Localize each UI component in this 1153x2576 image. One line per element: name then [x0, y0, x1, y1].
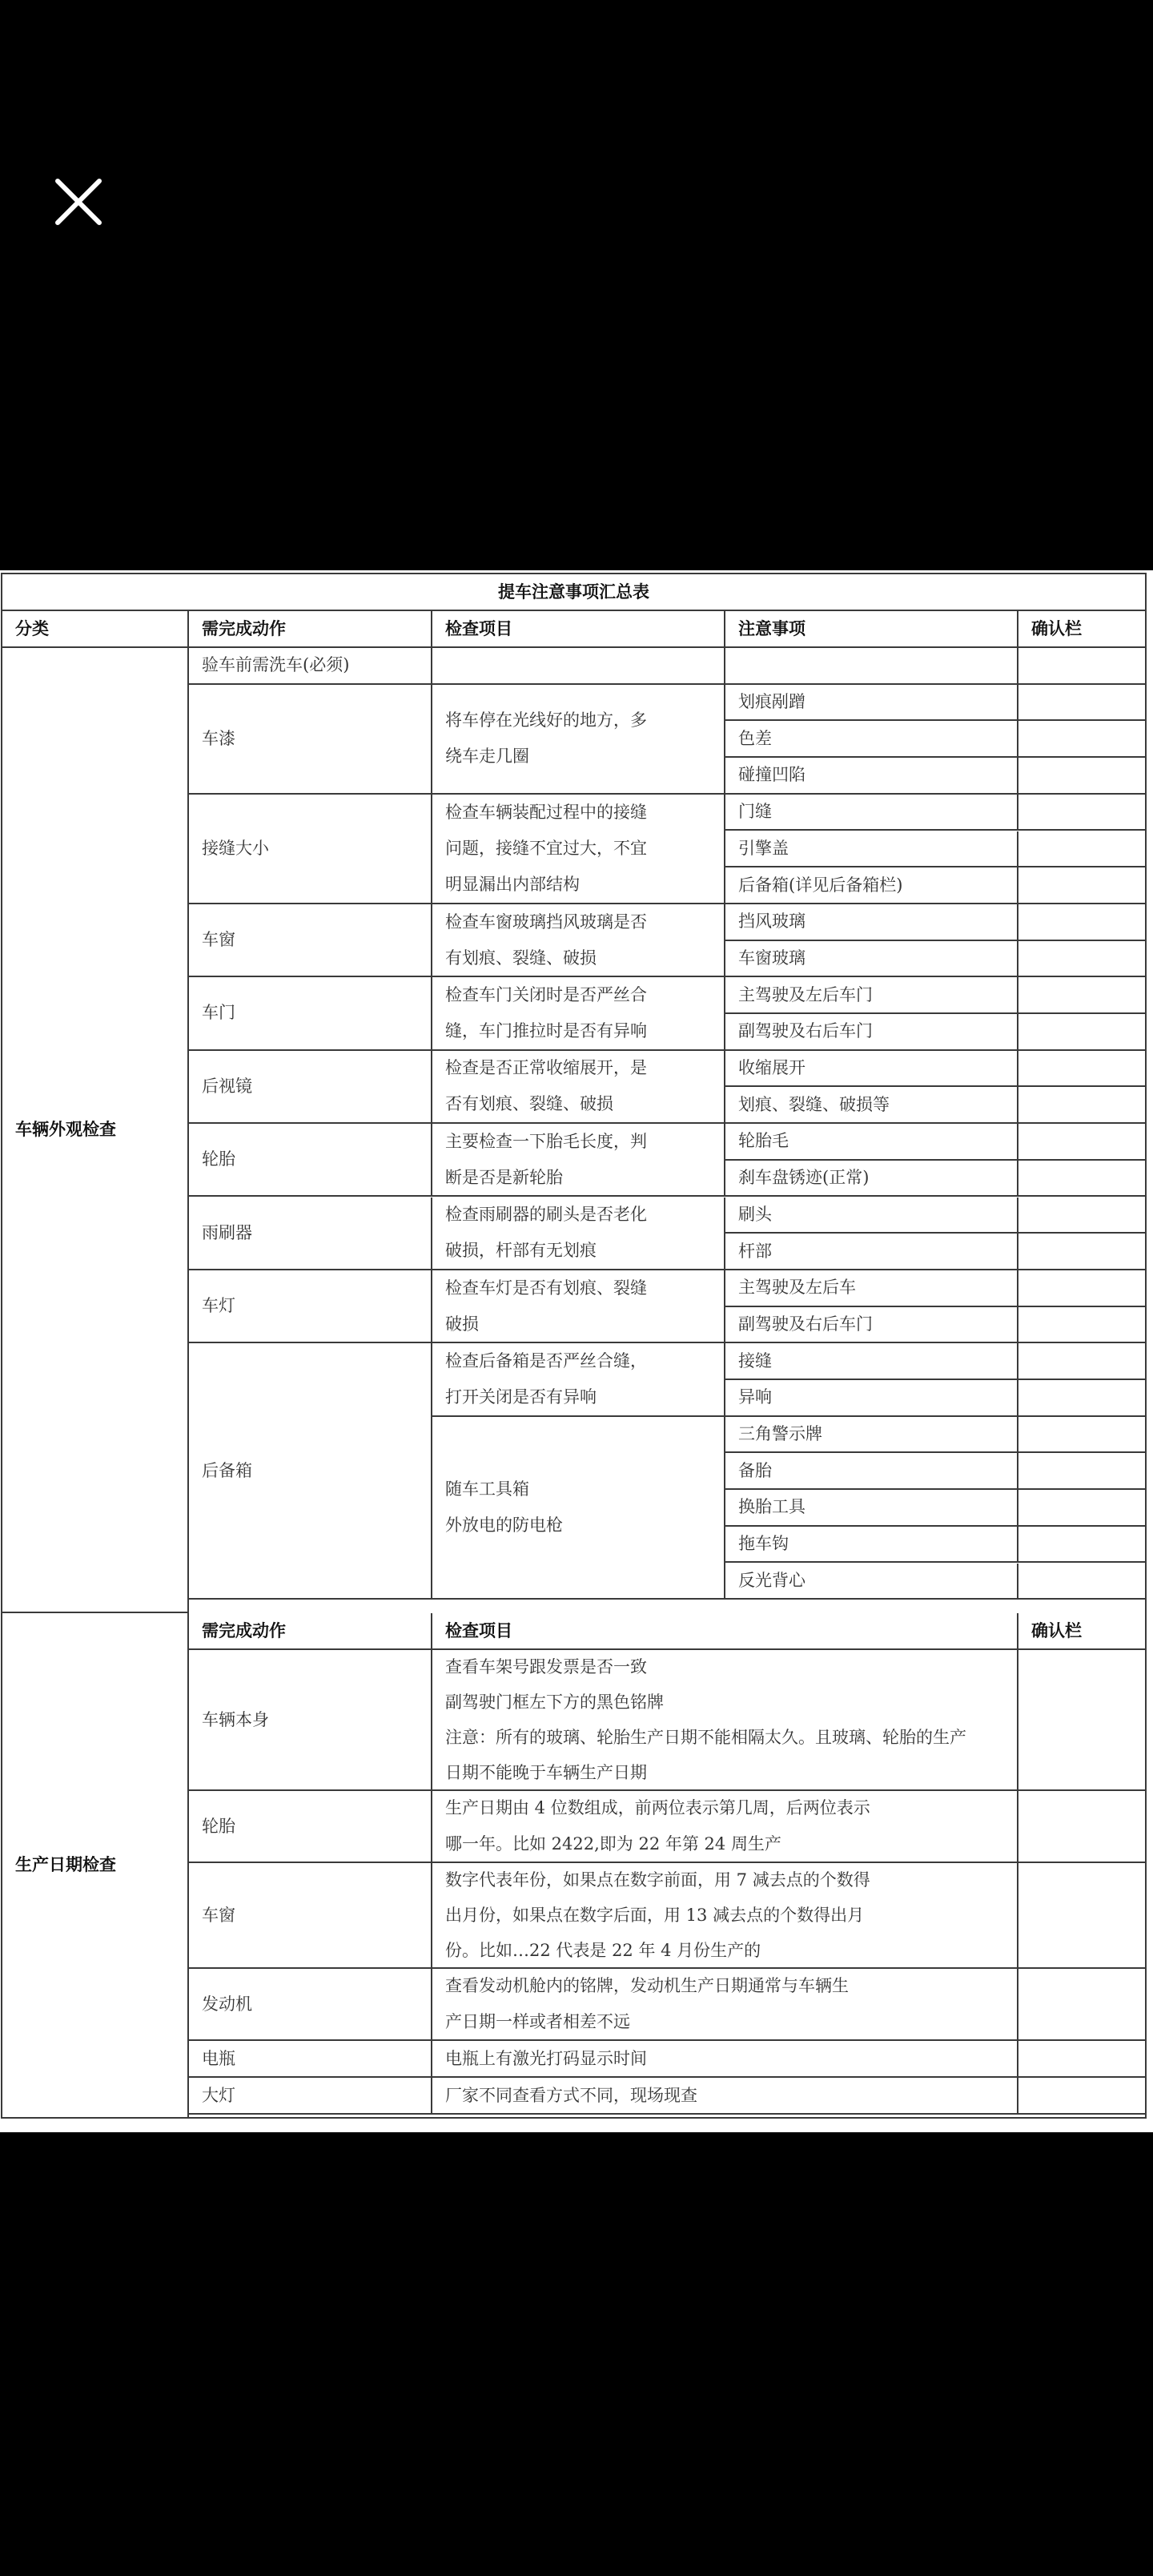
cell-text-line: 打开关闭是否有异响 [445, 1379, 647, 1415]
cell-text-line: 检查后备箱是否严丝合缝， [445, 1343, 647, 1379]
confirm-checkbox-cell[interactable] [1018, 1453, 1147, 1490]
confirm-checkbox-cell[interactable] [1018, 1161, 1147, 1197]
confirm-checkbox-cell[interactable] [1018, 685, 1147, 722]
cell-text-line: 主要检查一下胎毛长度，判 [445, 1124, 647, 1160]
confirm-checkbox-cell[interactable] [1018, 1124, 1147, 1161]
cell-text-line: 随车工具箱 [445, 1471, 563, 1507]
cell-text-line: 破损，杆部有无划痕 [445, 1233, 647, 1269]
note-cell: 拖车钩 [725, 1527, 1018, 1564]
header-category: 分类 [2, 611, 189, 648]
cell-text-line: 断是否是新轮胎 [445, 1160, 647, 1196]
confirm-checkbox-cell[interactable] [1018, 1197, 1147, 1234]
action-cell: 后视镜 [189, 1051, 432, 1124]
note-cell: 后备箱(详见后备箱栏) [725, 867, 1018, 904]
cell-text-line: 否有划痕、裂缝、破损 [445, 1086, 647, 1122]
check-item-cell: 检查车窗玻璃挡风玻璃是否有划痕、裂缝、破损 [432, 904, 725, 977]
cell-text-line: 数字代表年份，如果点在数字前面，用 7 减去点的个数得 [445, 1862, 870, 1898]
document-image: 提车注意事项汇总表分类需完成动作检查项目注意事项确认栏验车前需洗车(必须)车漆将… [0, 570, 1153, 2132]
cell-text-line: 产日期一样或者相差不远 [445, 2004, 849, 2040]
confirm-checkbox-cell[interactable] [1018, 977, 1147, 1014]
note-cell: 碰撞凹陷 [725, 758, 1018, 795]
cell-text-line: 检查车门关闭时是否严丝合 [445, 977, 647, 1013]
category-exterior-check: 车辆外观检查 [2, 648, 189, 1613]
check-item-cell: 将车停在光线好的地方，多绕车走几圈 [432, 685, 725, 795]
confirm-checkbox-cell[interactable] [1018, 758, 1147, 795]
cell-text-line: 问题，接缝不宜过大，不宜 [445, 831, 647, 867]
action-cell: 后备箱 [189, 1343, 432, 1600]
note-cell: 主驾驶及左后车门 [725, 977, 1018, 1014]
cell-text-line: 副驾驶门框左下方的黑色铭牌 [445, 1684, 966, 1720]
action-cell: 大灯 [189, 2078, 432, 2115]
confirm-checkbox-cell[interactable] [1018, 1270, 1147, 1307]
action-cell: 车灯 [189, 1270, 432, 1343]
cell-text-line: 电瓶上有激光打码显示时间 [445, 2041, 647, 2077]
cell-text-line: 份。比如…22 代表是 22 年 4 月份生产的 [445, 1933, 870, 1968]
note-cell: 换胎工具 [725, 1490, 1018, 1527]
check-item-cell: 厂家不同查看方式不同，现场现查 [432, 2078, 1018, 2115]
cell-text-line: 检查雨刷器的刷头是否老化 [445, 1197, 647, 1233]
check-item-cell: 检查是否正常收缩展开，是否有划痕、裂缝、破损 [432, 1051, 725, 1124]
note-cell: 轮胎毛 [725, 1124, 1018, 1161]
confirm-checkbox-cell[interactable] [1018, 795, 1147, 831]
confirm-checkbox-cell[interactable] [1018, 941, 1147, 978]
cell-text-line: 厂家不同查看方式不同，现场现查 [445, 2078, 697, 2114]
action-cell: 车辆本身 [189, 1650, 432, 1791]
note-cell: 色差 [725, 721, 1018, 758]
note-cell: 划痕、裂缝、破损等 [725, 1087, 1018, 1124]
check-item-cell: 检查车灯是否有划痕、裂缝破损 [432, 1270, 725, 1343]
note-cell: 反光背心 [725, 1564, 1018, 1600]
cell-text-line: 哪一年。比如 2422,即为 22 年第 24 周生产 [445, 1826, 870, 1862]
cell-text-line: 查看发动机舱内的铭牌，发动机生产日期通常与车辆生 [445, 1968, 849, 2004]
action-cell: 轮胎 [189, 1124, 432, 1197]
action-cell: 车窗 [189, 904, 432, 977]
cell-text-line: 日期不能晚于车辆生产日期 [445, 1755, 966, 1790]
note-cell: 挡风玻璃 [725, 904, 1018, 941]
action-cell: 雨刷器 [189, 1197, 432, 1270]
confirm-checkbox-cell[interactable] [1018, 1014, 1147, 1051]
note-cell [725, 648, 1018, 685]
check-item-cell: 随车工具箱外放电的防电枪 [432, 1417, 725, 1600]
cell-text-line: 检查车灯是否有划痕、裂缝 [445, 1270, 647, 1306]
note-cell: 副驾驶及右后车门 [725, 1307, 1018, 1344]
note-cell: 主驾驶及左后车 [725, 1270, 1018, 1307]
check-item-cell: 数字代表年份，如果点在数字前面，用 7 减去点的个数得出月份，如果点在数字后面，… [432, 1863, 1018, 1969]
confirm-checkbox-cell[interactable] [1018, 1564, 1147, 1600]
confirm-checkbox-cell[interactable] [1018, 648, 1147, 685]
header-check-item: 检查项目 [432, 611, 725, 648]
cell-text-line: 查看车架号跟发票是否一致 [445, 1649, 966, 1684]
header-notes: 注意事项 [725, 611, 1018, 648]
note-cell: 收缩展开 [725, 1051, 1018, 1088]
confirm-checkbox-cell[interactable] [1018, 1863, 1147, 1969]
note-cell: 车窗玻璃 [725, 941, 1018, 978]
header-confirm: 确认栏 [1018, 1613, 1147, 1650]
checklist-table: 提车注意事项汇总表分类需完成动作检查项目注意事项确认栏验车前需洗车(必须)车漆将… [0, 570, 1153, 2132]
confirm-checkbox-cell[interactable] [1018, 1343, 1147, 1380]
cell-text-line: 破损 [445, 1306, 647, 1342]
note-cell: 备胎 [725, 1453, 1018, 1490]
cell-text-line: 有划痕、裂缝、破损 [445, 940, 647, 976]
cell-text-line: 外放电的防电枪 [445, 1507, 563, 1544]
cell-text-line: 检查车窗玻璃挡风玻璃是否 [445, 904, 647, 940]
header-action: 需完成动作 [189, 611, 432, 648]
action-cell: 验车前需洗车(必须) [189, 648, 432, 685]
header-check-item: 检查项目 [432, 1613, 1018, 1650]
check-item-cell: 检查车门关闭时是否严丝合缝，车门推拉时是否有异响 [432, 977, 725, 1050]
confirm-checkbox-cell[interactable] [1018, 867, 1147, 904]
cell-text-line: 检查是否正常收缩展开，是 [445, 1050, 647, 1086]
check-item-cell: 查看车架号跟发票是否一致副驾驶门框左下方的黑色铭牌注意：所有的玻璃、轮胎生产日期… [432, 1650, 1018, 1791]
action-cell: 车门 [189, 977, 432, 1050]
action-cell: 车漆 [189, 685, 432, 795]
note-cell: 刹车盘锈迹(正常) [725, 1161, 1018, 1197]
cell-text-line: 出月份，如果点在数字后面，用 13 减去点的个数得出月 [445, 1898, 870, 1933]
note-cell: 引擎盖 [725, 831, 1018, 868]
cell-text-line: 生产日期由 4 位数组成，前两位表示第几周，后两位表示 [445, 1790, 870, 1826]
check-item-cell: 检查后备箱是否严丝合缝，打开关闭是否有异响 [432, 1343, 725, 1416]
note-cell: 三角警示牌 [725, 1417, 1018, 1454]
cell-text-line: 将车停在光线好的地方，多 [445, 702, 647, 739]
confirm-checkbox-cell[interactable] [1018, 1087, 1147, 1124]
confirm-checkbox-cell[interactable] [1018, 721, 1147, 758]
confirm-checkbox-cell[interactable] [1018, 1307, 1147, 1344]
note-cell: 杆部 [725, 1234, 1018, 1270]
check-item-cell: 查看发动机舱内的铭牌，发动机生产日期通常与车辆生产日期一样或者相差不远 [432, 1969, 1018, 2041]
action-cell: 车窗 [189, 1863, 432, 1969]
table-title: 提车注意事项汇总表 [2, 574, 1147, 611]
note-cell: 接缝 [725, 1343, 1018, 1380]
check-item-cell: 电瓶上有激光打码显示时间 [432, 2041, 1018, 2078]
confirm-checkbox-cell[interactable] [1018, 1791, 1147, 1863]
category-production-date-check: 生产日期检查 [2, 1613, 189, 2119]
cell-text-line: 缝，车门推拉时是否有异响 [445, 1013, 647, 1049]
action-cell: 轮胎 [189, 1791, 432, 1863]
action-cell: 电瓶 [189, 2041, 432, 2078]
note-cell: 门缝 [725, 795, 1018, 831]
confirm-checkbox-cell[interactable] [1018, 2041, 1147, 2078]
cell-text-line: 绕车走几圈 [445, 739, 647, 775]
close-icon[interactable] [46, 170, 110, 234]
confirm-checkbox-cell[interactable] [1018, 1051, 1147, 1088]
header-action: 需完成动作 [189, 1613, 432, 1650]
confirm-checkbox-cell[interactable] [1018, 1380, 1147, 1417]
cell-text-line: 注意：所有的玻璃、轮胎生产日期不能相隔太久。且玻璃、轮胎的生产 [445, 1720, 966, 1755]
cell-text-line: 检查车辆装配过程中的接缝 [445, 795, 647, 831]
confirm-checkbox-cell[interactable] [1018, 1417, 1147, 1454]
confirm-checkbox-cell[interactable] [1018, 904, 1147, 941]
cell-text-line: 明显漏出内部结构 [445, 867, 647, 903]
check-item-cell: 主要检查一下胎毛长度，判断是否是新轮胎 [432, 1124, 725, 1197]
note-cell: 刷头 [725, 1197, 1018, 1234]
check-item-cell: 生产日期由 4 位数组成，前两位表示第几周，后两位表示哪一年。比如 2422,即… [432, 1791, 1018, 1863]
check-item-cell: 检查雨刷器的刷头是否老化破损，杆部有无划痕 [432, 1197, 725, 1270]
confirm-checkbox-cell[interactable] [1018, 1527, 1147, 1564]
confirm-checkbox-cell[interactable] [1018, 1969, 1147, 2041]
header-confirm: 确认栏 [1018, 611, 1147, 648]
confirm-checkbox-cell[interactable] [1018, 831, 1147, 868]
check-item-cell: 检查车辆装配过程中的接缝问题，接缝不宜过大，不宜明显漏出内部结构 [432, 795, 725, 904]
note-cell: 异响 [725, 1380, 1018, 1417]
action-cell: 接缝大小 [189, 795, 432, 904]
note-cell: 划痕剐蹭 [725, 685, 1018, 722]
action-cell: 发动机 [189, 1969, 432, 2041]
note-cell: 副驾驶及右后车门 [725, 1014, 1018, 1051]
confirm-checkbox-cell[interactable] [1018, 1234, 1147, 1270]
check-item-cell [432, 648, 725, 685]
confirm-checkbox-cell[interactable] [1018, 1650, 1147, 1791]
confirm-checkbox-cell[interactable] [1018, 1490, 1147, 1527]
confirm-checkbox-cell[interactable] [1018, 2078, 1147, 2115]
